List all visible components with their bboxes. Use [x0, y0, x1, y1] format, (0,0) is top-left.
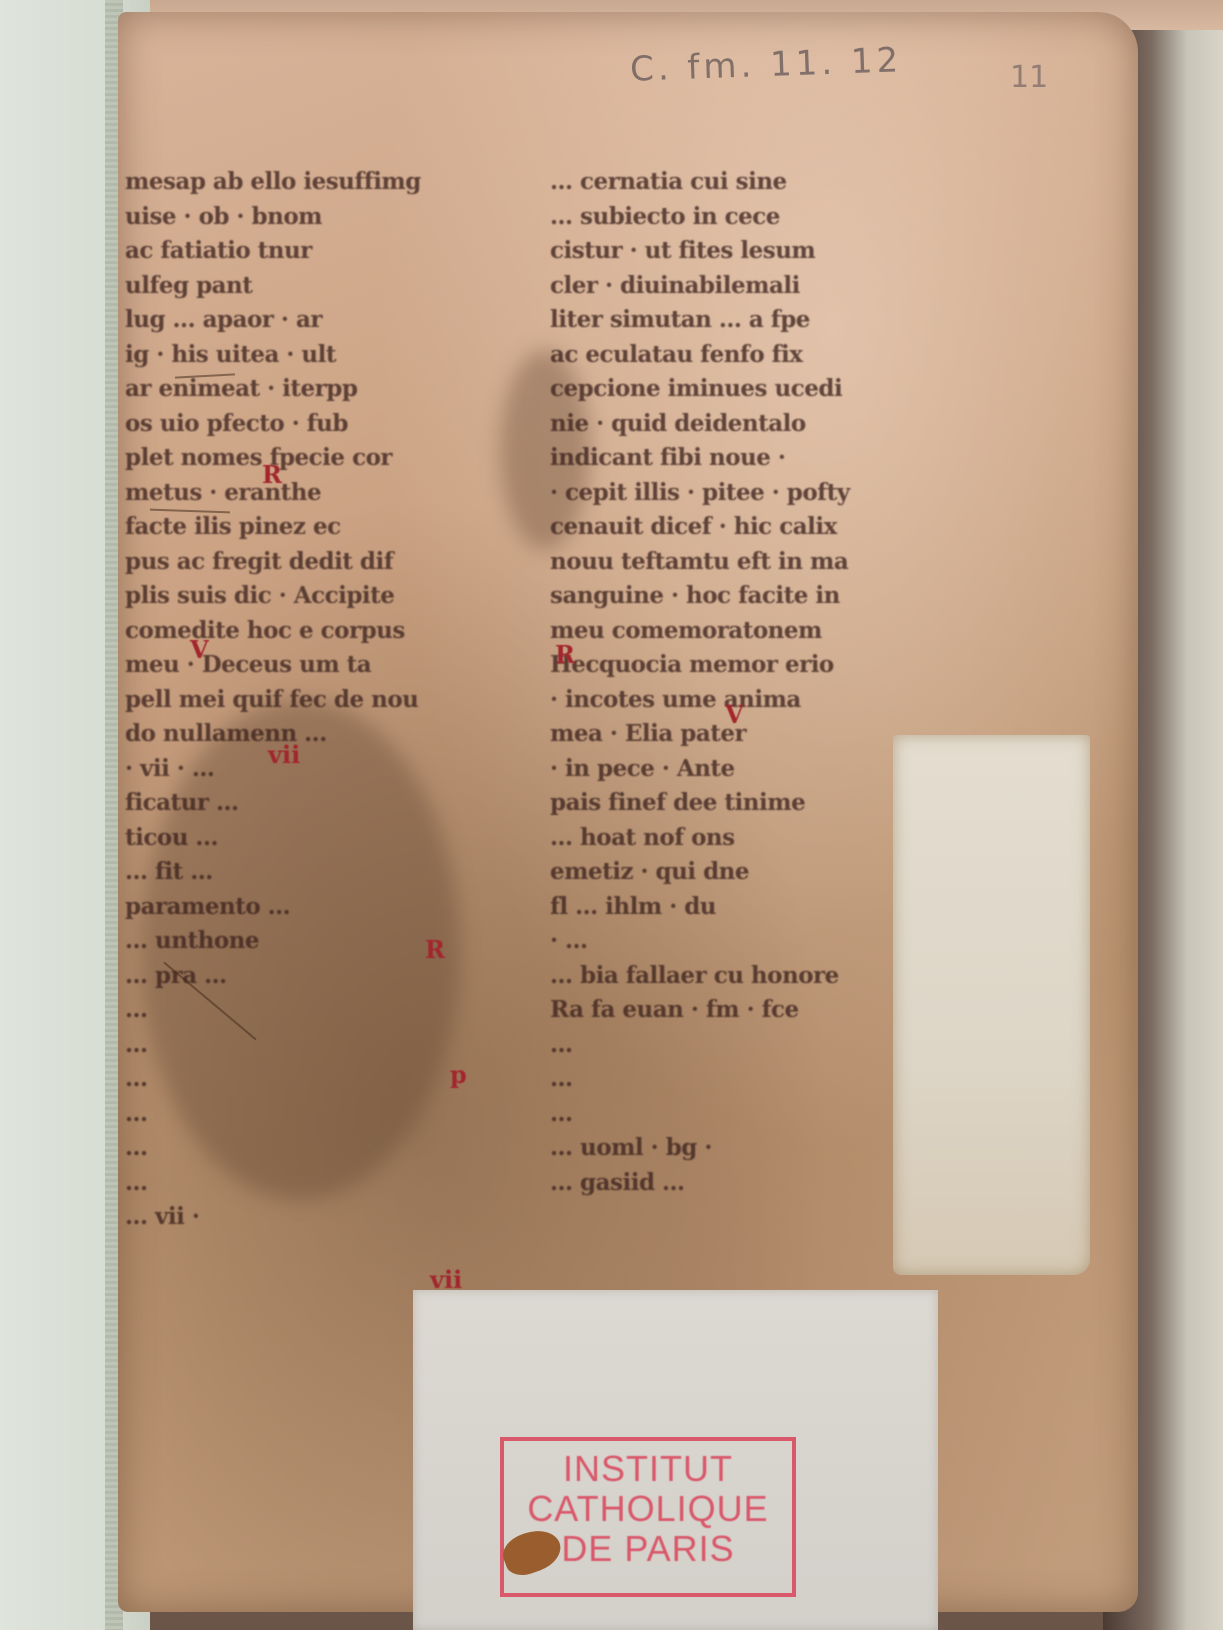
text-line: plet nomes fpecie cor	[125, 436, 495, 471]
text-line: ...	[550, 1023, 895, 1058]
text-line: ... uoml · bg ·	[550, 1126, 895, 1161]
stamp-line: CATHOLIQUE	[504, 1489, 792, 1529]
text-line: ... cernatia cui sine	[550, 160, 895, 195]
text-line: · cepit illis · pitee · pofty	[550, 471, 895, 506]
text-line: comedite hoc e corpus	[125, 609, 495, 644]
text-line: ...	[125, 1126, 495, 1161]
text-line: ...	[550, 1092, 895, 1127]
text-line: metus · eranthe	[125, 471, 495, 506]
rubric-mark: R	[262, 460, 282, 489]
right-text-column: ... cernatia cui sine ... subiecto in ce…	[550, 160, 895, 1210]
text-line: indicant fibi noue ·	[550, 436, 895, 471]
text-line: · vii · ...	[125, 747, 495, 782]
text-line: ...	[125, 988, 495, 1023]
text-line: pus ac fregit dedit dif	[125, 540, 495, 575]
rubric-mark: R	[425, 935, 445, 964]
text-line: cler · diuinabilemali	[550, 264, 895, 299]
text-line: ...	[125, 1023, 495, 1058]
text-line: ticou ...	[125, 816, 495, 851]
rubric-mark: vii	[268, 740, 300, 769]
text-line: ulfeg pant	[125, 264, 495, 299]
text-line: ... gasiid ...	[550, 1161, 895, 1196]
text-line: nouu teftamtu eft in ma	[550, 540, 895, 575]
text-line: ar enimeat · iterpp	[125, 367, 495, 402]
stamp-line: INSTITUT	[504, 1449, 792, 1489]
text-line: ... fit ...	[125, 850, 495, 885]
text-line: Ra fa euan · fm · fce	[550, 988, 895, 1023]
rubric-mark: R	[555, 640, 575, 669]
text-line: Hecquocia memor erio	[550, 643, 895, 678]
text-line: ...	[125, 1092, 495, 1127]
text-line: pell mei quif fec de nou	[125, 678, 495, 713]
rubric-mark: V	[190, 635, 209, 664]
text-line: cepcione iminues ucedi	[550, 367, 895, 402]
text-line: do nullamenn ...	[125, 712, 495, 747]
text-line: · incotes ume anima	[550, 678, 895, 713]
text-line: ac fatiatio tnur	[125, 229, 495, 264]
text-line: ... bia fallaer cu honore	[550, 954, 895, 989]
text-line: · ...	[550, 919, 895, 954]
text-line: · in pece · Ante	[550, 747, 895, 782]
text-line: pais finef dee tinime	[550, 781, 895, 816]
text-line: liter simutan ... a fpe	[550, 298, 895, 333]
text-line: ... hoat nof ons	[550, 816, 895, 851]
text-line: mesap ab ello iesuffimg	[125, 160, 495, 195]
text-line: ... subiecto in cece	[550, 195, 895, 230]
library-stamp: INSTITUT CATHOLIQUE DE PARIS	[500, 1437, 796, 1597]
text-line: sanguine · hoc facite in	[550, 574, 895, 609]
text-line: ...	[125, 1161, 495, 1196]
text-line: meu · Deceus um ta	[125, 643, 495, 678]
text-line: ... vii ·	[125, 1195, 495, 1230]
text-line: plis suis dic · Accipite	[125, 574, 495, 609]
left-text-column: mesap ab ello iesuffimg uise · ob · bnom…	[125, 160, 495, 1270]
text-line: nie · quid deidentalo	[550, 402, 895, 437]
text-line: ...	[550, 1057, 895, 1092]
text-line: cistur · ut fites lesum	[550, 229, 895, 264]
text-line: cenauit dicef · hic calix	[550, 505, 895, 540]
text-line: ig · his uitea · ult	[125, 333, 495, 368]
text-line: ac eculatau fenfo fix	[550, 333, 895, 368]
text-line: uise · ob · bnom	[125, 195, 495, 230]
rubric-mark: V	[725, 700, 744, 729]
text-line: ...	[125, 1057, 495, 1092]
blank-paper-label	[893, 735, 1090, 1275]
rubric-mark: p	[450, 1060, 467, 1089]
corner-mark: 11	[1010, 60, 1048, 95]
text-line: mea · Elia pater	[550, 712, 895, 747]
text-line: paramento ...	[125, 885, 495, 920]
text-line: lug ... apaor · ar	[125, 298, 495, 333]
text-line: meu comemoratonem	[550, 609, 895, 644]
text-line: fl ... ihlm · du	[550, 885, 895, 920]
text-line: ficatur ...	[125, 781, 495, 816]
text-line: os uio pfecto · fub	[125, 402, 495, 437]
text-line: emetiz · qui dne	[550, 850, 895, 885]
